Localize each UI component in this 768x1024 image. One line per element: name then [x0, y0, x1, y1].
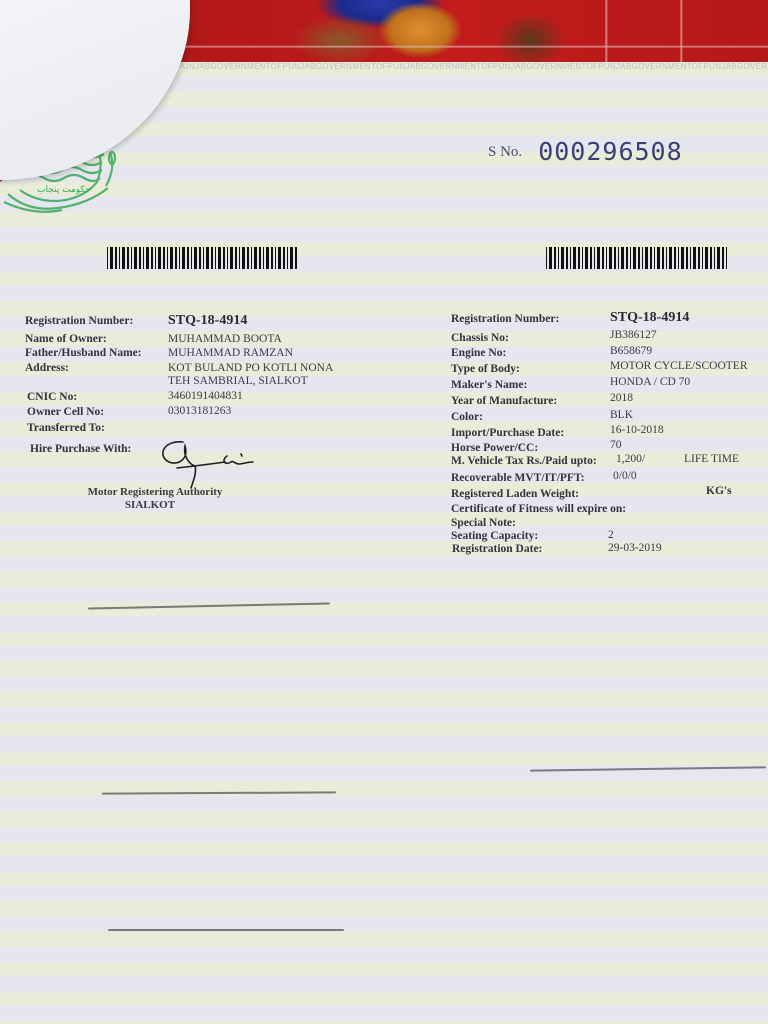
body-type-value: MOTOR CYCLE/SCOOTER [610, 360, 747, 372]
purchase-date-label: Import/Purchase Date: [451, 427, 564, 439]
engine-label: Engine No: [451, 347, 506, 359]
serial-value: 000296508 [538, 137, 682, 166]
year-value: 2018 [610, 392, 633, 404]
horse-power-label: Horse Power/CC: [451, 442, 538, 454]
horse-power-value: 70 [610, 439, 622, 451]
authority-city: SIALKOT [70, 499, 230, 512]
owner-name-value: MUHAMMAD BOOTA [168, 333, 282, 345]
laden-weight-label: Registered Laden Weight: [451, 488, 579, 500]
right-registration-number-value: STQ-18-4914 [610, 310, 689, 326]
maker-value: HONDA / CD 70 [610, 376, 690, 388]
recoverable-value: 0/0/0 [613, 470, 637, 482]
right-registration-number-label: Registration Number: [451, 313, 559, 325]
laden-weight-unit: KG's [706, 485, 732, 497]
serial-number: S No.000296508 [488, 133, 683, 162]
owner-name-label: Name of Owner: [25, 333, 107, 345]
signature [155, 438, 265, 493]
pen-mark [108, 929, 344, 931]
address-line1: KOT BULAND PO KOTLI NONA [168, 362, 333, 374]
father-name-value: MUHAMMAD RAMZAN [168, 347, 293, 359]
registration-number-label: Registration Number: [25, 315, 133, 327]
address-label: Address: [25, 362, 69, 374]
tax-value: 1,200/ [616, 453, 645, 465]
seating-label: Seating Capacity: [451, 530, 538, 542]
fitness-label: Certificate of Fitness will expire on: [451, 503, 626, 515]
tax-label: M. Vehicle Tax Rs./Paid upto: [451, 455, 597, 467]
recoverable-label: Recoverable MVT/IT/PFT: [451, 472, 585, 484]
address-line2: TEH SAMBRIAL, SIALKOT [168, 375, 308, 387]
father-name-label: Father/Husband Name: [25, 347, 142, 359]
svg-text:حکومت پنجاب: حکومت پنجاب [37, 185, 91, 195]
barcode-right [546, 247, 729, 269]
color-value: BLK [610, 409, 633, 421]
cnic-label: CNIC No: [27, 391, 77, 403]
cell-value: 03013181263 [168, 405, 231, 417]
cell-label: Owner Cell No: [27, 406, 104, 418]
maker-label: Maker's Name: [451, 379, 527, 391]
barcode-left [107, 247, 299, 269]
registration-date-value: 29-03-2019 [608, 542, 662, 554]
body-type-label: Type of Body: [451, 363, 520, 375]
cnic-value: 3460191404831 [168, 390, 243, 402]
chassis-label: Chassis No: [451, 332, 509, 344]
chassis-value: JB386127 [610, 329, 657, 341]
transferred-to-label: Transferred To: [27, 422, 105, 434]
serial-label: S No. [488, 144, 522, 160]
engine-value: B658679 [610, 345, 652, 357]
special-note-label: Special Note: [451, 517, 516, 529]
hire-purchase-label: Hire Purchase With: [30, 443, 131, 455]
registration-number-value: STQ-18-4914 [168, 313, 247, 329]
registration-date-label: Registration Date: [452, 543, 542, 555]
year-label: Year of Manufacture: [451, 395, 557, 407]
color-label: Color: [451, 411, 483, 423]
purchase-date-value: 16-10-2018 [610, 424, 664, 436]
tax-upto-value: LIFE TIME [684, 453, 739, 465]
seating-value: 2 [608, 529, 614, 541]
